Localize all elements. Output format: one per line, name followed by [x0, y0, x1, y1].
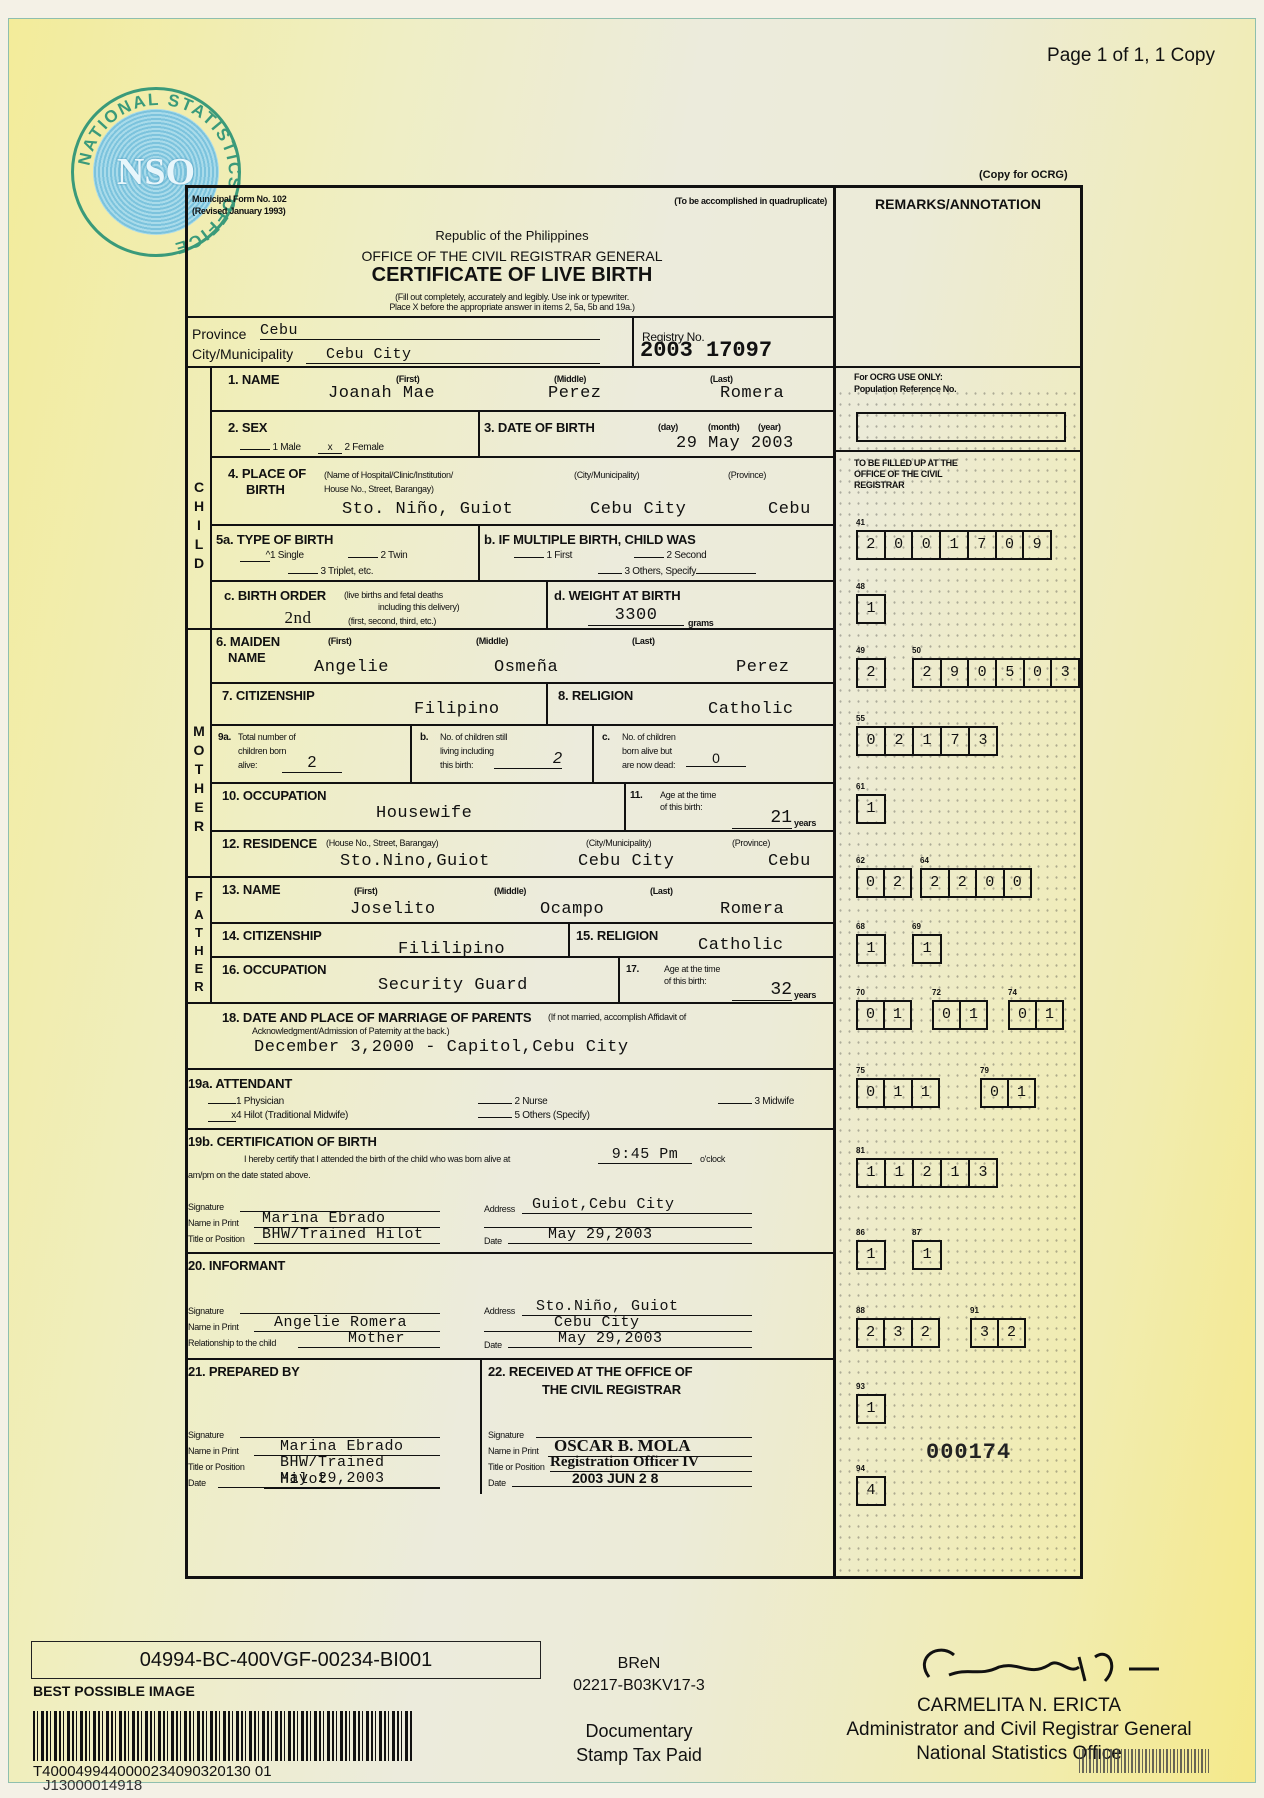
- sex-label: 2. SEX: [228, 420, 267, 435]
- document-code: 04994-BC-400VGF-00234-BI001: [31, 1641, 541, 1679]
- birth-order-note-1: (live births and fetal deaths: [344, 590, 443, 600]
- oclock-label: o'clock: [700, 1154, 725, 1164]
- place-label: 4. PLACE OF: [228, 466, 306, 481]
- mother-citizenship-value: Filipino: [414, 700, 500, 719]
- accomplish-note: (To be accomplished in quadruplicate): [674, 196, 827, 206]
- code-box-94[interactable]: 4: [856, 1476, 886, 1506]
- father-name-label: 13. NAME: [222, 882, 280, 897]
- code-box-72[interactable]: 01: [932, 1000, 988, 1030]
- bren-value: 02217-B03KV17-3: [569, 1677, 709, 1695]
- year-label: (year): [758, 422, 781, 432]
- attendant-midwife-option[interactable]: 3 Midwife: [718, 1096, 794, 1107]
- father-middle-name: Ocampo: [540, 900, 604, 919]
- relationship-label: Relationship to the child: [188, 1338, 276, 1348]
- child-first-name: Joanah Mae: [328, 384, 435, 403]
- item-9c-number: c.: [602, 732, 610, 743]
- birth-order-note-3: (first, second, third, etc.): [348, 616, 436, 626]
- attendant-physician-option[interactable]: 1 Physician: [208, 1096, 284, 1107]
- month-label: (month): [708, 422, 739, 432]
- father-section-label: FATHER: [188, 888, 210, 996]
- mother-first-name: Angelie: [314, 658, 389, 677]
- instructions-line-1: (Fill out completely, accurately and leg…: [188, 292, 836, 302]
- code-number: 68: [856, 922, 865, 931]
- dead-children-label-3: are now dead:: [622, 760, 675, 770]
- code-number: 61: [856, 782, 865, 791]
- code-box-88[interactable]: 232: [856, 1318, 940, 1348]
- name-in-print-label: Name in Print: [188, 1446, 239, 1456]
- attendant-others-option[interactable]: 5 Others (Specify): [478, 1110, 590, 1121]
- code-box-79[interactable]: 01: [980, 1078, 1036, 1108]
- living-children-label: No. of children still: [440, 732, 507, 742]
- form-number: Municipal Form No. 102: [192, 194, 286, 204]
- code-number: 74: [1008, 988, 1017, 997]
- signatory-name: CARMELITA N. ERICTA: [769, 1695, 1264, 1717]
- total-children-label: Total number of: [238, 732, 296, 742]
- dob-value: 29 May 2003: [676, 434, 794, 453]
- attendant-nurse-option[interactable]: 2 Nurse: [478, 1096, 547, 1107]
- code-box-68[interactable]: 1: [856, 934, 886, 964]
- child-last-name: Romera: [720, 384, 784, 403]
- marriage-value: December 3,2000 - Capitol,Cebu City: [254, 1038, 629, 1057]
- last-label: (Last): [632, 636, 655, 646]
- republic-label: Republic of the Philippines: [188, 228, 836, 243]
- sex-option-male[interactable]: 1 Male: [240, 442, 301, 453]
- preparer-date: May 29,2003: [218, 1470, 440, 1488]
- date-label: Date: [484, 1340, 502, 1350]
- signature-label: Signature: [188, 1306, 224, 1316]
- province-value: Cebu: [260, 322, 600, 340]
- city-col-label: (City/Municipality): [574, 470, 639, 480]
- hospital-label-2: House No., Street, Barangay): [324, 484, 434, 494]
- certification-label: 19b. CERTIFICATION OF BIRTH: [188, 1134, 377, 1149]
- multiple-birth-label: b. IF MULTIPLE BIRTH, CHILD WAS: [484, 532, 696, 547]
- code-number: 72: [932, 988, 941, 997]
- child-middle-name: Perez: [548, 384, 602, 403]
- code-number: 70: [856, 988, 865, 997]
- code-box-91[interactable]: 32: [970, 1318, 1026, 1348]
- residence-prov-label: (Province): [732, 838, 770, 848]
- middle-label: (Middle): [494, 886, 526, 896]
- code-box-48[interactable]: 1: [856, 594, 886, 624]
- type-twin-option[interactable]: 2 Twin: [348, 550, 407, 561]
- code-box-49[interactable]: 2: [856, 658, 886, 688]
- received-label: 22. RECEIVED AT THE OFFICE OF: [488, 1364, 692, 1379]
- mother-residence-city: Cebu City: [578, 852, 674, 871]
- code-number: 88: [856, 1306, 865, 1315]
- item-9b-number: b.: [420, 732, 428, 743]
- multiple-others-option[interactable]: 3 Others, Specify: [598, 566, 756, 577]
- copy-for-label: (Copy for OCRG): [979, 169, 1068, 181]
- signature-label: Signature: [188, 1202, 224, 1212]
- type-triplet-option[interactable]: 3 Triplet, etc.: [288, 566, 373, 577]
- place-label-2: BIRTH: [246, 482, 285, 497]
- child-name-label: 1. NAME: [228, 372, 279, 387]
- attendant-label: 19a. ATTENDANT: [188, 1076, 292, 1091]
- multiple-second-option[interactable]: 2 Second: [634, 550, 706, 561]
- code-number: 81: [856, 1146, 865, 1155]
- mother-last-name: Perez: [736, 658, 790, 677]
- page-indicator: Page 1 of 1, 1 Copy: [1047, 45, 1215, 67]
- bren-label: BReN: [569, 1655, 709, 1673]
- birth-order-label: c. BIRTH ORDER: [224, 588, 326, 603]
- code-number: 55: [856, 714, 865, 723]
- marriage-note-2: Acknowledgment/Admission of Paternity at…: [252, 1026, 449, 1036]
- signatory-title: Administrator and Civil Registrar Genera…: [769, 1719, 1264, 1741]
- preparer-signature: [240, 1424, 440, 1438]
- living-children-label-2: living including: [440, 746, 494, 756]
- certifier-date: May 29,2003: [508, 1226, 752, 1244]
- mother-section-label: MOTHER: [188, 722, 210, 836]
- birth-order-note-2: including this delivery): [378, 602, 459, 612]
- code-number: 49: [856, 646, 865, 655]
- total-children-label-3: alive:: [238, 760, 257, 770]
- registrar-general-signature-icon: [909, 1637, 1169, 1693]
- dead-children-value: 0: [686, 750, 746, 767]
- code-number: 93: [856, 1382, 865, 1391]
- birth-place-province: Cebu: [768, 500, 811, 519]
- last-label: (Last): [650, 886, 673, 896]
- father-first-name: Joselito: [350, 900, 436, 919]
- code-box-86[interactable]: 1: [856, 1240, 886, 1270]
- code-box-50[interactable]: 290503: [912, 658, 1080, 688]
- mother-religion-value: Catholic: [708, 700, 794, 719]
- control-number: J13000014918: [43, 1777, 142, 1794]
- instructions-line-2: Place X before the appropriate answer in…: [188, 302, 836, 312]
- address-label: Address: [484, 1204, 515, 1214]
- birth-certificate-form: Municipal Form No. 102 (Revised January …: [185, 185, 1083, 1579]
- fill-label-1: TO BE FILLED UP AT THE: [854, 458, 958, 468]
- certification-text-2: am/pm on the date stated above.: [188, 1170, 310, 1180]
- item-17-number: 17.: [626, 964, 639, 975]
- informant-relationship: Mother: [298, 1330, 440, 1348]
- code-box-61[interactable]: 1: [856, 794, 886, 824]
- certifier-address: Guiot,Cebu City: [522, 1196, 752, 1214]
- received-date: 2003 JUN 2 8: [512, 1470, 752, 1487]
- informant-label: 20. INFORMANT: [188, 1258, 285, 1273]
- code-box-64[interactable]: 2200: [920, 868, 1032, 898]
- province-col-label: (Province): [728, 470, 766, 480]
- informant-signature: [240, 1300, 440, 1314]
- stamp-tax-line-1: Documentary: [569, 1721, 709, 1742]
- date-label: Date: [188, 1478, 206, 1488]
- mother-religion-label: 8. RELIGION: [558, 688, 633, 703]
- mother-age-value: 21: [732, 808, 792, 829]
- mother-residence-province: Cebu: [768, 852, 811, 871]
- informant-date: May 29,2003: [508, 1330, 752, 1348]
- code-box-62[interactable]: 02: [856, 868, 912, 898]
- father-age-label: Age at the time: [664, 964, 720, 974]
- code-number: 64: [920, 856, 929, 865]
- code-number: 91: [970, 1306, 979, 1315]
- remarks-title: REMARKS/ANNOTATION: [836, 196, 1080, 212]
- years-unit: years: [794, 818, 816, 828]
- middle-label: (Middle): [476, 636, 508, 646]
- province-label: Province: [192, 326, 246, 342]
- item-9a-number: 9a.: [218, 732, 231, 743]
- code-number: 94: [856, 1464, 865, 1473]
- name-in-print-label: Name in Print: [188, 1322, 239, 1332]
- multiple-first-option[interactable]: 1 First: [514, 550, 572, 561]
- mother-residence-label: 12. RESIDENCE: [222, 836, 317, 851]
- marriage-note-1: (If not married, accomplish Affidavit of: [548, 1012, 686, 1022]
- code-number: 75: [856, 1066, 865, 1075]
- remarks-column: REMARKS/ANNOTATION For OCRG USE ONLY: Po…: [836, 188, 1080, 1576]
- hospital-label: (Name of Hospital/Clinic/Institution/: [324, 470, 453, 480]
- code-box-87[interactable]: 1: [912, 1240, 942, 1270]
- item-11-number: 11.: [630, 790, 642, 801]
- fill-label-2: OFFICE OF THE CIVIL: [854, 469, 942, 479]
- years-unit: years: [794, 990, 816, 1000]
- residence-city-label: (City/Municipality): [586, 838, 651, 848]
- title-label: Title or Position: [188, 1234, 245, 1244]
- code-number: 69: [912, 922, 921, 931]
- mother-middle-name: Osmeña: [494, 658, 558, 677]
- father-last-name: Romera: [720, 900, 784, 919]
- dob-label: 3. DATE OF BIRTH: [484, 420, 595, 435]
- city-label: City/Municipality: [192, 346, 293, 362]
- code-number: 50: [912, 646, 921, 655]
- dead-children-label: No. of children: [622, 732, 676, 742]
- code-box-70[interactable]: 01: [856, 1000, 912, 1030]
- dead-children-label-2: born alive but: [622, 746, 672, 756]
- code-box-55[interactable]: 02173: [856, 726, 998, 756]
- prepared-by-label: 21. PREPARED BY: [188, 1364, 300, 1379]
- weight-value: 3300: [588, 606, 684, 626]
- best-possible-image-label: BEST POSSIBLE IMAGE: [33, 1683, 195, 1699]
- signature-label: Signature: [488, 1430, 524, 1440]
- code-number: 62: [856, 856, 865, 865]
- page-title: CERTIFICATE OF LIVE BIRTH: [188, 264, 836, 287]
- office-label: OFFICE OF THE CIVIL REGISTRAR GENERAL: [188, 248, 836, 264]
- weight-label: d. WEIGHT AT BIRTH: [554, 588, 680, 603]
- birth-place-hospital: Sto. Niño, Guiot: [342, 500, 513, 519]
- attendant-hilot-option[interactable]: x4 Hilot (Traditional Midwife): [208, 1110, 348, 1122]
- code-box-69[interactable]: 1: [912, 934, 942, 964]
- total-children-label-2: children born: [238, 746, 286, 756]
- last-label: (Last): [710, 374, 733, 384]
- code-number: 86: [856, 1228, 865, 1237]
- mother-residence-address: Sto.Nino,Guiot: [340, 852, 490, 871]
- barcode-icon: [33, 1711, 413, 1761]
- first-label: (First): [396, 374, 419, 384]
- city-value: Cebu City: [306, 346, 600, 364]
- type-single-option[interactable]: ^1 Single: [240, 550, 304, 562]
- total-children-value: 2: [282, 754, 342, 773]
- certificate-paper: Page 1 of 1, 1 Copy NATIONAL STATISTICS …: [8, 18, 1256, 1783]
- population-ref-label: Population Reference No.: [854, 384, 956, 394]
- code-box-41[interactable]: 2001709: [856, 530, 1052, 560]
- mother-name-label-2: NAME: [228, 650, 265, 665]
- child-section-label: CHILD: [188, 478, 210, 573]
- code-number: 41: [856, 518, 865, 527]
- father-occupation-label: 16. OCCUPATION: [222, 962, 326, 977]
- code-number: 79: [980, 1066, 989, 1075]
- date-label: Date: [484, 1236, 502, 1246]
- registry-number: 2003 17097: [640, 338, 772, 363]
- mother-citizenship-label: 7. CITIZENSHIP: [222, 688, 315, 703]
- middle-label: (Middle): [554, 374, 586, 384]
- certification-text: I hereby certify that I attended the bir…: [244, 1154, 510, 1164]
- form-main: Municipal Form No. 102 (Revised January …: [188, 188, 836, 1576]
- code-number: 48: [856, 582, 865, 591]
- code-box-75[interactable]: 011: [856, 1078, 940, 1108]
- type-of-birth-label: 5a. TYPE OF BIRTH: [216, 532, 333, 547]
- signature-label: Signature: [188, 1430, 224, 1440]
- birth-place-city: Cebu City: [590, 500, 686, 519]
- code-box-93[interactable]: 1: [856, 1394, 886, 1424]
- weight-unit: grams: [688, 618, 714, 628]
- fill-label-3: REGISTRAR: [854, 480, 904, 490]
- father-religion-label: 15. RELIGION: [576, 928, 658, 943]
- birth-time-value: 9:45 Pm: [598, 1146, 692, 1164]
- form-revised: (Revised January 1993): [192, 206, 285, 216]
- certifier-title: BHW/Trained Hilot: [254, 1226, 440, 1244]
- father-occupation-value: Security Guard: [378, 976, 528, 995]
- father-age-label-2: of this birth:: [664, 976, 706, 986]
- first-label: (First): [354, 886, 377, 896]
- mother-age-label: Age at the time: [660, 790, 716, 800]
- birth-order-value: 2nd: [260, 608, 336, 629]
- code-box-74[interactable]: 01: [1008, 1000, 1064, 1030]
- mother-name-label: 6. MAIDEN: [216, 634, 280, 649]
- name-in-print-label: Name in Print: [188, 1218, 239, 1228]
- marriage-label: 18. DATE AND PLACE OF MARRIAGE OF PARENT…: [222, 1010, 531, 1025]
- father-religion-value: Catholic: [698, 936, 784, 955]
- residence-addr-label: (House No., Street, Barangay): [326, 838, 438, 848]
- stamp-tax-line-2: Stamp Tax Paid: [569, 1745, 709, 1766]
- living-children-value: 2: [494, 750, 562, 769]
- small-barcode-icon: [1079, 1749, 1209, 1773]
- received-label-2: THE CIVIL REGISTRAR: [542, 1382, 681, 1397]
- ocrg-label: For OCRG USE ONLY:: [854, 372, 943, 382]
- mother-occupation-value: Housewife: [376, 804, 472, 823]
- control-stamp: 000174: [926, 1440, 1011, 1465]
- first-label: (First): [328, 636, 351, 646]
- name-in-print-label: Name in Print: [488, 1446, 539, 1456]
- code-box-81[interactable]: 11213: [856, 1158, 998, 1188]
- date-label: Date: [488, 1478, 506, 1488]
- day-label: (day): [658, 422, 678, 432]
- living-children-label-3: this birth:: [440, 760, 473, 770]
- father-citizenship-label: 14. CITIZENSHIP: [222, 928, 322, 943]
- code-number: 87: [912, 1228, 921, 1237]
- mother-age-label-2: of this birth:: [660, 802, 702, 812]
- population-reference-field[interactable]: [856, 412, 1066, 442]
- sex-option-female[interactable]: x 2 Female: [318, 442, 384, 454]
- father-age-value: 32: [732, 980, 792, 1001]
- mother-occupation-label: 10. OCCUPATION: [222, 788, 326, 803]
